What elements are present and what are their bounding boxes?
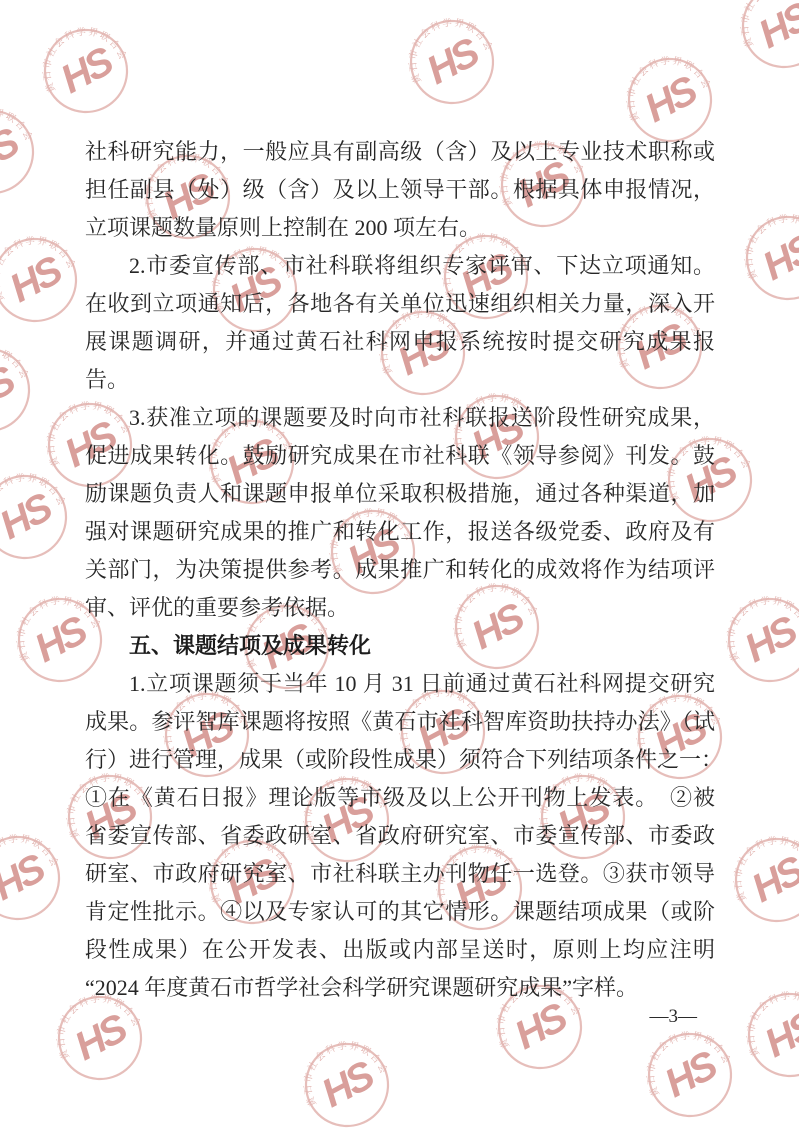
svg-text:HS: HS: [54, 38, 121, 102]
document-page: 黄石市社会科学界联合会HS黄石市社会科学界联合会HS黄石市社会科学界联合会HS黄…: [0, 0, 799, 1131]
svg-text:HS: HS: [0, 484, 60, 548]
text-line: 关部门，为决策提供参考。成果推广和转化的成效将作为结项评: [85, 551, 715, 589]
hs-seal-icon: 黄石市社会科学界联合会HS: [642, 1027, 738, 1123]
text-line: 行）进行管理，成果（或阶段性成果）须符合下列结项条件之一：: [85, 741, 715, 779]
svg-text:黄石市社会科学界联合会: 黄石市社会科学界联合会: [742, 987, 799, 1059]
hs-watermark-stamp: 黄石市社会科学界联合会HS: [299, 1037, 395, 1131]
svg-text:HS: HS: [738, 607, 799, 671]
hs-watermark-stamp: 黄石市社会科学界联合会HS: [0, 232, 83, 328]
text-line: 研室、市政府研究室、市社科联主办刊物任一选登。③获市领导: [85, 855, 715, 893]
svg-text:黄石市社会科学界联合会: 黄石市社会科学界联合会: [642, 1027, 736, 1099]
svg-text:黄石市社会科学界联合会: 黄石市社会科学界联合会: [622, 52, 716, 124]
svg-text:HS: HS: [758, 1002, 799, 1066]
text-line: 励课题负责人和课题申报单位采取积极措施，通过各种渠道，加: [85, 475, 715, 513]
hs-seal-icon: 黄石市社会科学界联合会HS: [0, 342, 36, 438]
hs-watermark-stamp: 黄石市社会科学界联合会HS: [722, 592, 799, 688]
text-line: 成果。参评智库课题将按照《黄石市社科智库资助扶持办法》（试: [85, 703, 715, 741]
svg-text:HS: HS: [0, 845, 53, 909]
hs-seal-icon: 黄石市社会科学界联合会HS: [38, 23, 134, 119]
hs-seal-icon: 黄石市社会科学界联合会HS: [736, 0, 799, 74]
svg-text:黄石市社会科学界联合会: 黄石市社会科学界联合会: [0, 342, 34, 414]
hs-watermark-stamp: 黄石市社会科学界联合会HS: [642, 1027, 738, 1123]
text-line: 社科研究能力，一般应具有副高级（含）及以上专业技术职称或: [85, 133, 715, 171]
hs-seal-icon: 黄石市社会科学界联合会HS: [0, 469, 73, 565]
svg-text:HS: HS: [315, 1052, 382, 1116]
hs-seal-icon: 黄石市社会科学界联合会HS: [0, 232, 83, 328]
svg-text:黄石市社会科学界联合会: 黄石市社会科学界联合会: [38, 23, 132, 95]
text-line: 肯定性批示。④以及专家认可的其它情形。课题结项成果（或阶: [85, 893, 715, 931]
text-line: 促进成果转化。鼓励研究成果在市社科联《领导参阅》刊发。鼓: [85, 437, 715, 475]
svg-text:黄石市社会科学界联合会: 黄石市社会科学界联合会: [740, 210, 799, 282]
text-line: 2.市委宣传部、市社科联将组织专家评审、下达立项通知。: [85, 247, 715, 285]
hs-watermark-stamp: 黄石市社会科学界联合会HS: [736, 0, 799, 74]
svg-text:HS: HS: [756, 225, 799, 289]
text-line: 省委宣传部、省委政研室、省政府研究室、市委宣传部、市委政: [85, 817, 715, 855]
text-line: 审、评优的重要参考依据。: [85, 589, 715, 627]
hs-seal-icon: 黄石市社会科学界联合会HS: [299, 1037, 395, 1131]
svg-text:HS: HS: [658, 1042, 725, 1106]
svg-text:HS: HS: [0, 119, 27, 183]
svg-text:HS: HS: [68, 1005, 135, 1069]
text-line: “2024 年度黄石市哲学社会科学研究课题研究成果”字样。: [85, 969, 715, 1007]
text-line: 强对课题研究成果的推广和转化工作，报送各级党委、政府及有: [85, 513, 715, 551]
svg-text:HS: HS: [638, 67, 705, 131]
text-line: 段性成果）在公开发表、出版或内部呈送时，原则上均应注明: [85, 931, 715, 969]
svg-text:黄石市社会科学界联合会: 黄石市社会科学界联合会: [729, 832, 799, 904]
hs-watermark-stamp: 黄石市社会科学界联合会HS: [0, 104, 40, 200]
svg-text:黄石市社会科学界联合会: 黄石市社会科学界联合会: [736, 0, 799, 50]
svg-text:HS: HS: [420, 29, 487, 93]
hs-seal-icon: 黄石市社会科学界联合会HS: [740, 210, 799, 306]
hs-watermark-stamp: 黄石市社会科学界联合会HS: [0, 469, 73, 565]
hs-watermark-stamp: 黄石市社会科学界联合会HS: [740, 210, 799, 306]
text-line: 3.获准立项的课题要及时向市社科联报送阶段性研究成果，: [85, 399, 715, 437]
text-line: 立项课题数量原则上控制在 200 项左右。: [85, 209, 715, 247]
hs-watermark-stamp: 黄石市社会科学界联合会HS: [38, 23, 134, 119]
hs-watermark-stamp: 黄石市社会科学界联合会HS: [729, 832, 799, 928]
svg-text:黄石市社会科学界联合会: 黄石市社会科学界联合会: [0, 104, 38, 176]
hs-seal-icon: 黄石市社会科学界联合会HS: [404, 14, 500, 110]
svg-text:HS: HS: [752, 0, 799, 57]
text-line: 1.立项课题须于当年 10 月 31 日前通过黄石社科网提交研究: [85, 665, 715, 703]
hs-watermark-stamp: 黄石市社会科学界联合会HS: [742, 987, 799, 1083]
svg-text:黄石市社会科学界联合会: 黄石市社会科学界联合会: [0, 830, 64, 902]
text-line: 在收到立项通知后，各地各有关单位迅速组织相关力量，深入开: [85, 285, 715, 323]
svg-text:黄石市社会科学界联合会: 黄石市社会科学界联合会: [299, 1037, 393, 1109]
svg-text:HS: HS: [3, 247, 70, 311]
page-number: —3—: [650, 998, 698, 1036]
hs-watermark-stamp: 黄石市社会科学界联合会HS: [0, 342, 36, 438]
svg-text:黄石市社会科学界联合会: 黄石市社会科学界联合会: [722, 592, 799, 664]
document-body: 社科研究能力，一般应具有副高级（含）及以上专业技术职称或担任副县（处）级（含）及…: [85, 133, 715, 1007]
section-heading: 五、课题结项及成果转化: [85, 627, 715, 665]
hs-watermark-stamp: 黄石市社会科学界联合会HS: [0, 830, 66, 926]
svg-text:黄石市社会科学界联合会: 黄石市社会科学界联合会: [0, 469, 71, 541]
hs-seal-icon: 黄石市社会科学界联合会HS: [0, 104, 40, 200]
hs-watermark-stamp: 黄石市社会科学界联合会HS: [404, 14, 500, 110]
hs-seal-icon: 黄石市社会科学界联合会HS: [742, 987, 799, 1083]
hs-seal-icon: 黄石市社会科学界联合会HS: [729, 832, 799, 928]
text-line: 担任副县（处）级（含）及以上领导干部。根据具体申报情况，: [85, 171, 715, 209]
svg-text:黄石市社会科学界联合会: 黄石市社会科学界联合会: [404, 14, 498, 86]
hs-seal-icon: 黄石市社会科学界联合会HS: [722, 592, 799, 688]
hs-seal-icon: 黄石市社会科学界联合会HS: [0, 830, 66, 926]
text-line: 展课题调研，并通过黄石社科网申报系统按时提交研究成果报: [85, 323, 715, 361]
text-line: 告。: [85, 361, 715, 399]
svg-text:黄石市社会科学界联合会: 黄石市社会科学界联合会: [0, 232, 81, 304]
svg-text:HS: HS: [0, 357, 23, 421]
svg-text:HS: HS: [745, 847, 799, 911]
text-line: ①在《黄石日报》理论版等市级及以上公开刊物上发表。 ②被: [85, 779, 715, 817]
